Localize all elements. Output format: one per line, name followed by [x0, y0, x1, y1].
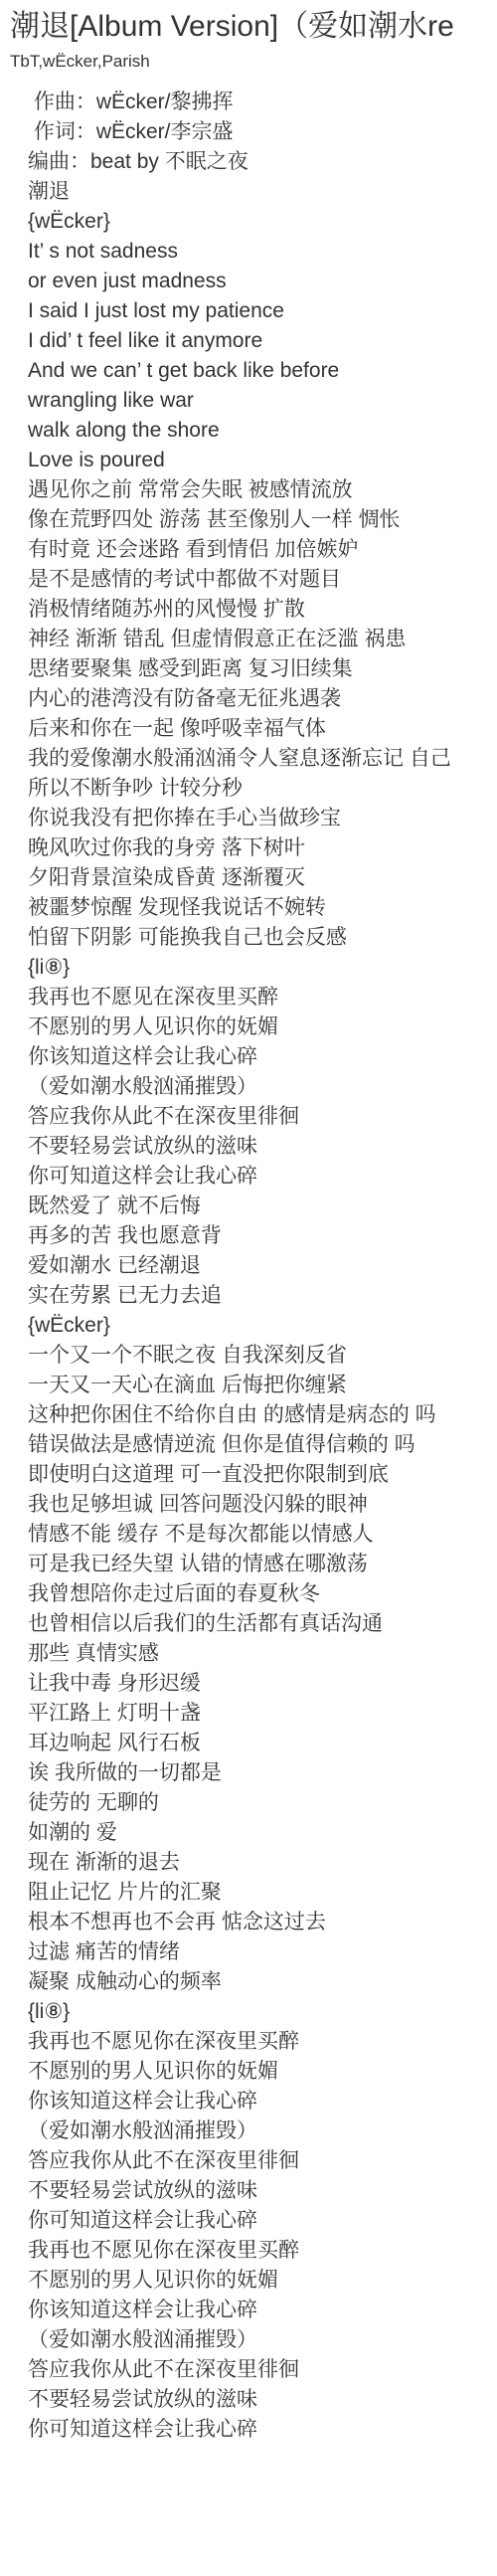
lyric-line: 不愿别的男人见识你的妩媚 [28, 1012, 497, 1042]
lyric-line: 既然爱了 就不后悔 [28, 1192, 497, 1221]
lyric-line: 你该知道这样会让我心碎 [28, 2296, 497, 2325]
lyric-line: 我也足够坦诚 回答问题没闪躲的眼神 [28, 1490, 497, 1520]
lyric-line: 阻止记忆 片片的汇聚 [28, 1878, 497, 1908]
lyric-line: 内心的港湾没有防备毫无征兆遇袭 [28, 684, 497, 714]
song-title: 潮退[Album Version]（爱如潮水re [10, 6, 497, 48]
lyric-line: （爱如潮水般汹涌摧毁） [28, 1072, 497, 1102]
lyric-line: （爱如潮水般汹涌摧毁） [28, 2116, 497, 2146]
lyric-line: 夕阳背景渲染成昏黄 逐渐覆灭 [28, 863, 497, 893]
credit-line: 编曲：beat by 不眠之夜 [28, 147, 497, 177]
lyric-line: 让我中毒 身形迟缓 [28, 1669, 497, 1699]
lyric-line: 一天又一天心在滴血 后悔把你缠紧 [28, 1371, 497, 1400]
lyric-line: 我再也不愿见在深夜里买醉 [28, 983, 497, 1012]
lyric-line: I did’ t feel like it anymore [28, 326, 497, 356]
credits-block: 作曲：wËcker/黎拂挥 作词：wËcker/李宗盛编曲：beat by 不眠… [0, 88, 497, 177]
artist-names: TbT,wËcker,Parish [10, 50, 497, 74]
lyric-line: 你可知道这样会让我心碎 [28, 2415, 497, 2445]
lyric-line: 遇见你之前 常常会失眠 被感情流放 [28, 475, 497, 505]
lyrics-page: 潮退[Album Version]（爱如潮水re TbT,wËcker,Pari… [0, 6, 497, 2445]
lyric-line: 即使明白这道理 可一直没把你限制到底 [28, 1460, 497, 1490]
lyric-line: 我的爱像潮水般涌汹涌令人窒息逐渐忘记 自己 [28, 744, 497, 774]
lyric-line: 不要轻易尝试放纵的滋味 [28, 2176, 497, 2206]
lyric-line: 现在 渐渐的退去 [28, 1848, 497, 1878]
lyric-line: And we can’ t get back like before [28, 356, 497, 386]
lyric-line: 答应我你从此不在深夜里徘徊 [28, 2355, 497, 2385]
lyric-line: I said I just lost my patience [28, 296, 497, 326]
lyric-line: 答应我你从此不在深夜里徘徊 [28, 1102, 497, 1132]
lyric-line: walk along the shore [28, 416, 497, 446]
lyrics-block: 潮退{wËcker}It’ s not sadnessor even just … [0, 177, 497, 2445]
lyric-line: 你该知道这样会让我心碎 [28, 1042, 497, 1072]
lyric-line: 爱如潮水 已经潮退 [28, 1251, 497, 1281]
lyric-line: 晚风吹过你我的身旁 落下树叶 [28, 833, 497, 863]
lyric-line: {wËcker} [28, 207, 497, 237]
lyric-line: 怕留下阴影 可能换我自己也会反感 [28, 923, 497, 953]
lyric-line: 我曾想陪你走过后面的春夏秋冬 [28, 1579, 497, 1609]
lyric-line: {li⑧} [28, 953, 497, 983]
credit-line: 作词：wËcker/李宗盛 [28, 117, 497, 147]
lyric-line: 不要轻易尝试放纵的滋味 [28, 2385, 497, 2415]
lyric-line: {li⑧} [28, 1997, 497, 2027]
lyric-line: 根本不想再也不会再 惦念这过去 [28, 1908, 497, 1937]
lyric-line: Love is poured [28, 446, 497, 475]
lyric-line: 过滤 痛苦的情绪 [28, 1937, 497, 1967]
lyric-line: or even just madness [28, 267, 497, 296]
lyric-line: 那些 真情实感 [28, 1639, 497, 1669]
lyric-line: It’ s not sadness [28, 237, 497, 267]
lyric-line: 也曾相信以后我们的生活都有真话沟通 [28, 1609, 497, 1639]
lyric-line: 你该知道这样会让我心碎 [28, 2087, 497, 2116]
lyric-line: 我再也不愿见你在深夜里买醉 [28, 2027, 497, 2057]
lyric-line: {wËcker} [28, 1311, 497, 1341]
lyric-line: 一个又一个不眠之夜 自我深刻反省 [28, 1341, 497, 1371]
lyric-line: 耳边响起 风行石板 [28, 1729, 497, 1758]
lyric-line: 我再也不愿见你在深夜里买醉 [28, 2236, 497, 2266]
lyric-line: 消极情绪随苏州的风慢慢 扩散 [28, 595, 497, 625]
lyric-line: （爱如潮水般汹涌摧毁） [28, 2325, 497, 2355]
credit-line: 作曲：wËcker/黎拂挥 [28, 88, 497, 117]
lyric-line: 情感不能 缓存 不是每次都能以情感人 [28, 1520, 497, 1550]
lyric-line: 被噩梦惊醒 发现怪我说话不婉转 [28, 893, 497, 923]
lyric-line: 凝聚 成触动心的频率 [28, 1967, 497, 1997]
lyric-line: 你可知道这样会让我心碎 [28, 1162, 497, 1192]
lyric-line: 实在劳累 已无力去追 [28, 1281, 497, 1311]
lyric-line: 可是我已经失望 认错的情感在哪激荡 [28, 1550, 497, 1579]
lyric-line: 不愿别的男人见识你的妩媚 [28, 2057, 497, 2087]
lyric-line: 潮退 [28, 177, 497, 207]
lyric-line: 像在荒野四处 游荡 甚至像别人一样 惆怅 [28, 505, 497, 535]
lyric-line: 平江路上 灯明十盏 [28, 1699, 497, 1729]
lyric-line: 思绪要聚集 感受到距离 复习旧续集 [28, 654, 497, 684]
lyric-line: 诶 我所做的一切都是 [28, 1758, 497, 1788]
lyric-line: 是不是感情的考试中都做不对题目 [28, 565, 497, 595]
lyric-line: 答应我你从此不在深夜里徘徊 [28, 2146, 497, 2176]
lyric-line: 错误做法是感情逆流 但你是值得信赖的 吗 [28, 1430, 497, 1460]
lyric-line: 你说我没有把你捧在手心当做珍宝 [28, 804, 497, 833]
lyric-line: 再多的苦 我也愿意背 [28, 1221, 497, 1251]
lyrics-page-body: { "page": { "background_color": "#ffffff… [0, 0, 497, 2576]
lyric-line: 你可知道这样会让我心碎 [28, 2206, 497, 2236]
lyric-line: wrangling like war [28, 386, 497, 416]
lyric-line: 神经 渐渐 错乱 但虚情假意正在泛滥 祸患 [28, 625, 497, 654]
lyric-line: 不要轻易尝试放纵的滋味 [28, 1132, 497, 1162]
lyric-line: 如潮的 爱 [28, 1818, 497, 1848]
lyric-line: 所以不断争吵 计较分秒 [28, 774, 497, 804]
lyric-line: 徒劳的 无聊的 [28, 1788, 497, 1818]
lyric-line: 不愿别的男人见识你的妩媚 [28, 2266, 497, 2296]
lyric-line: 这种把你困住不给你自由 的感情是病态的 吗 [28, 1400, 497, 1430]
lyric-line: 后来和你在一起 像呼吸幸福气体 [28, 714, 497, 744]
lyric-line: 有时竟 还会迷路 看到情侣 加倍嫉妒 [28, 535, 497, 565]
